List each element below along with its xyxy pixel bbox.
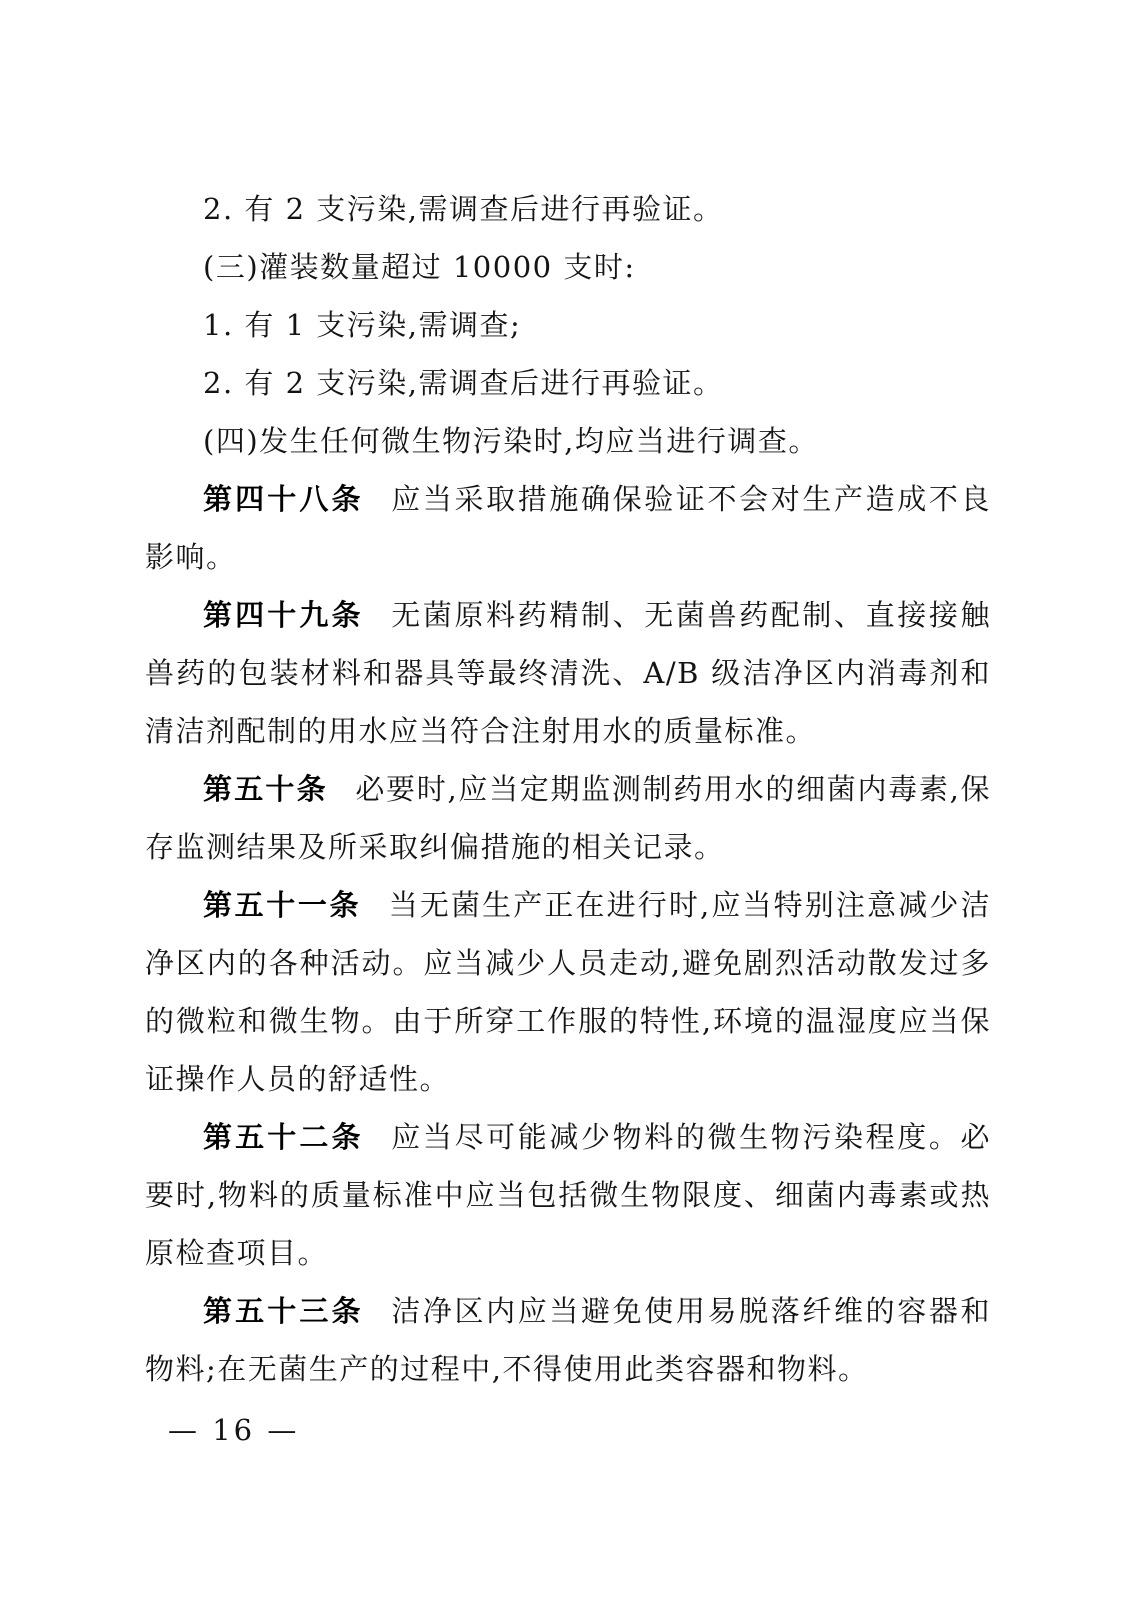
article-number-label: 第五十三条 [203,1294,391,1328]
list-item-paragraph: (四)发生任何微生物污染时,均应当进行调查。 [145,412,991,470]
document-body: 2. 有 2 支污染,需调查后进行再验证。 (三)灌装数量超过 10000 支时… [145,180,991,1398]
list-item-paragraph: 1. 有 1 支污染,需调查; [145,296,991,354]
article-paragraph-53: 第五十三条洁净区内应当避免使用易脱落纤维的容器和物料;在无菌生产的过程中,不得使… [145,1282,991,1398]
list-item-paragraph: 2. 有 2 支污染,需调查后进行再验证。 [145,354,991,412]
article-paragraph-48: 第四十八条应当采取措施确保验证不会对生产造成不良影响。 [145,470,991,586]
list-item-text: (四)发生任何微生物污染时,均应当进行调查。 [203,424,819,458]
article-number-label: 第五十一条 [203,888,389,922]
article-paragraph-52: 第五十二条应当尽可能减少物料的微生物污染程度。必要时,物料的质量标准中应当包括微… [145,1108,991,1282]
list-item-paragraph: 2. 有 2 支污染,需调查后进行再验证。 [145,180,991,238]
article-number-label: 第五十条 [203,772,355,806]
article-number-label: 第五十二条 [203,1120,391,1154]
article-paragraph-49: 第四十九条无菌原料药精制、无菌兽药配制、直接接触兽药的包装材料和器具等最终清洗、… [145,586,991,760]
article-paragraph-50: 第五十条必要时,应当定期监测制药用水的细菌内毒素,保存监测结果及所采取纠偏措施的… [145,760,991,876]
article-paragraph-51: 第五十一条当无菌生产正在进行时,应当特别注意减少洁净区内的各种活动。应当减少人员… [145,876,991,1108]
article-number-label: 第四十八条 [203,482,391,516]
document-page: 2. 有 2 支污染,需调查后进行再验证。 (三)灌装数量超过 10000 支时… [0,0,1131,1600]
list-item-paragraph: (三)灌装数量超过 10000 支时: [145,238,991,296]
list-item-text: (三)灌装数量超过 10000 支时: [203,250,636,284]
list-item-text: 2. 有 2 支污染,需调查后进行再验证。 [203,366,724,400]
list-item-text: 1. 有 1 支污染,需调查; [203,308,521,342]
article-number-label: 第四十九条 [203,598,391,632]
list-item-text: 2. 有 2 支污染,需调查后进行再验证。 [203,192,724,226]
page-number: — 16 — [168,1408,299,1452]
